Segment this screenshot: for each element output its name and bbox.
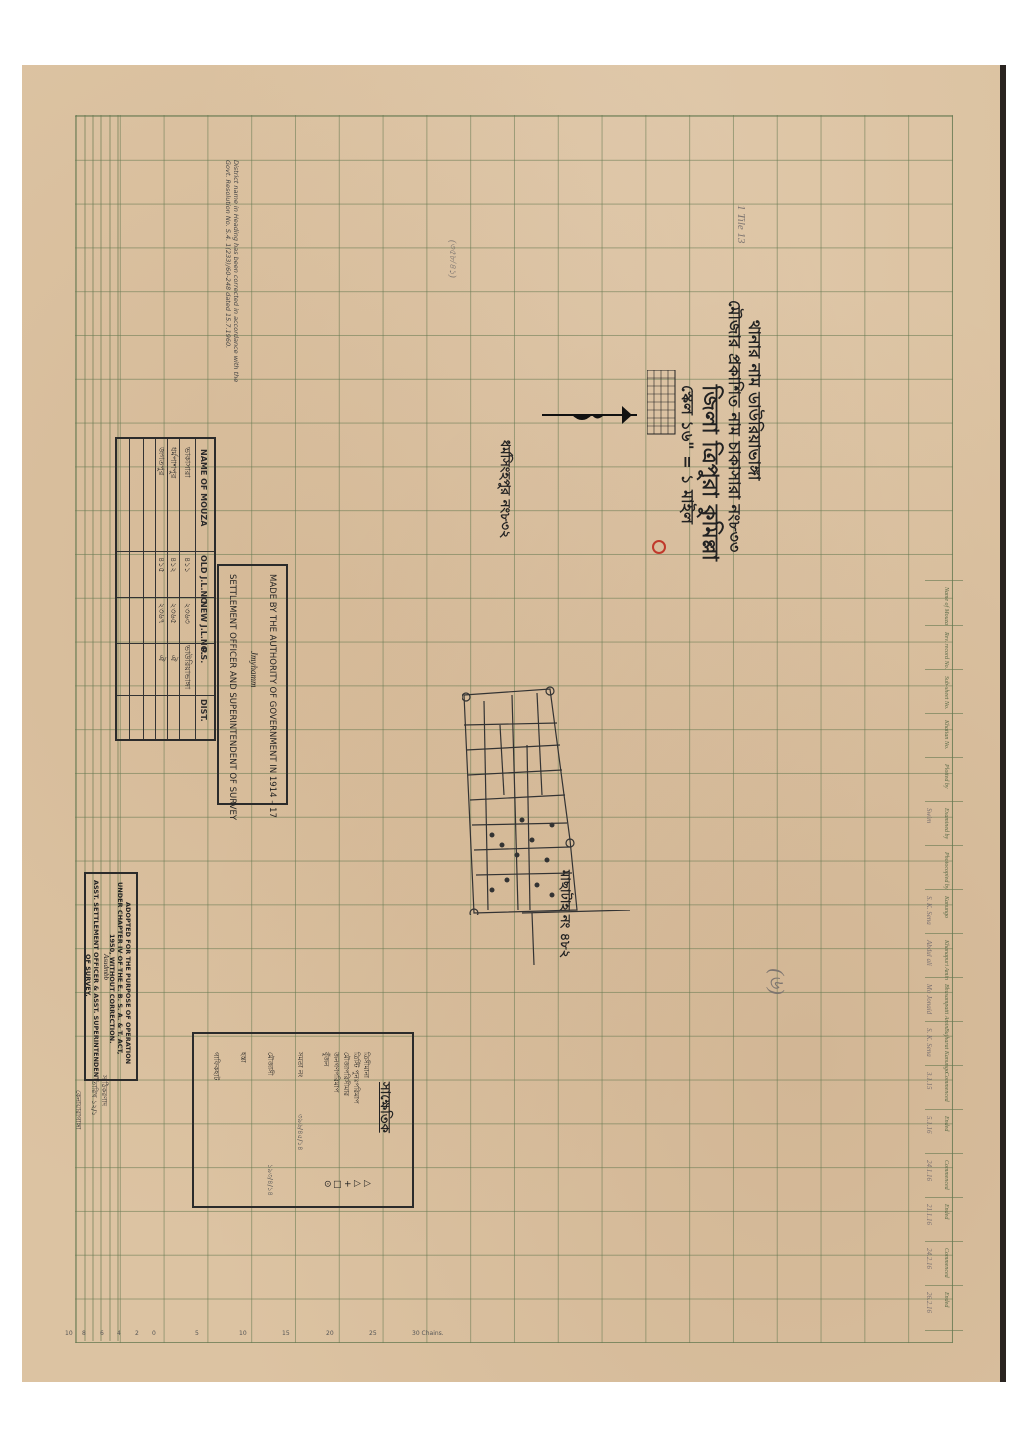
cadastral-plot-map <box>462 685 592 915</box>
strip-header-survey-commenced: Commenced <box>943 1072 949 1102</box>
strip-header-name-of-mouza: Name of Mouza <box>943 587 949 625</box>
scale-tick: 15 <box>282 1330 290 1337</box>
strip-header-examined-by: Examined by <box>943 808 949 839</box>
strip-header-bujharat-commenced: Commenced <box>943 1248 949 1278</box>
row1-ps: ভাউরিয়াভাঙ্গা <box>180 645 193 689</box>
strip-value-kanungo: S. K. Sena <box>925 896 933 925</box>
legend-box: সাক্ষেতিক ত্রিসীমানা △ ত্রিস্টি পুনঃপরিম… <box>192 1032 414 1208</box>
row3-name: জগতপুর <box>154 447 167 475</box>
adoption-line4: ASST. SETTLEMENT OFFICER & ASST. SUPERIN… <box>92 880 100 1082</box>
scale-tick: 6 <box>100 1330 104 1337</box>
strip-header-khanapuri-amin: Khanapuri Amin <box>943 940 949 980</box>
strip-value-bujharat-commenced: 24.2.16 <box>925 1248 933 1269</box>
adoption-line3: 1950, WITHOUT CORRECTION. <box>108 934 116 1044</box>
red-correction-mark <box>652 540 666 554</box>
mouza-reference-table: NAME OF MOUZA OLD J.L.NO. NEW J.L.NO. P.… <box>115 437 216 741</box>
adoption-line1: ADOPTED FOR THE PURPOSE OF OPERATION <box>124 902 132 1064</box>
pencil-note-ref: (৩৫৮/৪১) <box>445 240 460 278</box>
strip-value-bhusampatti-amin: Mo Jonaid <box>925 984 933 1014</box>
strip-header-khanapuri-ended: Ended <box>943 1204 949 1219</box>
scale-tick: 25 <box>369 1330 377 1337</box>
district-note-line2: Govt. Resolution No. S.4. 1(233)/60-248 … <box>224 160 232 348</box>
scale-tick: 10 <box>65 1330 73 1337</box>
strip-header-plotted-by: Plotted by <box>943 764 949 789</box>
strip-value-examined-by: Swim <box>925 808 933 823</box>
authority-stamp-box: MADE BY THE AUTHORITY OF GOVERNMENT IN 1… <box>217 564 288 805</box>
triangle-icon: △ <box>352 1180 362 1187</box>
strip-header-rev-record: Rev. record No. <box>943 632 949 669</box>
header-old-jl: OLD J.L.NO. <box>199 555 208 607</box>
legend-title: সাক্ষেতিক <box>373 1082 394 1133</box>
scale-tick: 2 <box>135 1330 139 1337</box>
asst-settlement-signature: Asudmbb <box>102 954 110 980</box>
row1-new: ২৩৬৩ <box>180 603 193 624</box>
legend-field-4-label: গাফিকহাট <box>210 1052 222 1080</box>
scale-tick: 4 <box>117 1330 121 1337</box>
row3-new: ২৩৬৭ <box>154 603 167 624</box>
strip-header-sub-sheet: Sub-sheet No. <box>943 676 949 709</box>
row1-old: ৪১১ <box>180 557 193 573</box>
legend-field-2-value: ১৯৩/৪/১৪ <box>264 1164 276 1196</box>
row1-name: ভাকাসারা <box>180 447 193 478</box>
sheet-torn-edge <box>1000 65 1006 1382</box>
survey-register-strip: Name of Mouza Rev. record No. Sub-sheet … <box>925 580 965 1380</box>
legend-field-1-value: ৩৯৬/৪৫/১৪ <box>294 1114 306 1151</box>
scale-tick: 5 <box>195 1330 199 1337</box>
strip-header-survey-ended: Ended <box>943 1116 949 1131</box>
square-icon: □ <box>332 1180 342 1189</box>
adoption-stamp-box: ADOPTED FOR THE PURPOSE OF OPERATION UND… <box>84 872 138 1081</box>
strip-value-survey-ended: 5.1.16 <box>925 1116 933 1134</box>
row3-old: ৪১৫ <box>154 557 167 573</box>
row2-new: ২৩৬৫ <box>166 603 179 624</box>
handwritten-note-2: তারিখ ১২/১ <box>88 1080 100 1116</box>
authority-line2: SETTLEMENT OFFICER AND SUPERINTENDENT OF… <box>227 574 237 820</box>
header-ps: P.S. <box>199 647 208 663</box>
handwritten-note-3: কেনায়ারাগাঙ্গা <box>72 1090 84 1129</box>
row2-old: ৪১২ <box>166 557 179 573</box>
scale-tick: 10 <box>239 1330 247 1337</box>
adjacent-mouza-north: ধর্মসিংহপুর নং৮৩২ <box>493 440 514 538</box>
legend-field-3-label: হস্তা <box>237 1052 249 1063</box>
north-arrow-icon <box>542 400 642 425</box>
strip-value-bujharat-ended: 26.2.16 <box>925 1292 933 1313</box>
triangle-icon: △ <box>362 1180 372 1187</box>
scale-tick: 30 Chains. <box>412 1330 444 1337</box>
strip-header-photocopied-by: Photocopied by <box>943 852 949 890</box>
header-name-of-mouza: NAME OF MOUZA <box>199 449 208 526</box>
pencil-note-6: (৬) <box>759 968 792 994</box>
legend-field-1-label: সমতা নং <box>294 1052 306 1077</box>
strip-header-khanapuri-commenced: Commenced <box>943 1160 949 1190</box>
scale-tick: 8 <box>82 1330 86 1337</box>
strip-value-khanapuri-commenced: 24.1.16 <box>925 1160 933 1181</box>
strip-header-khatian: Khatian No. <box>943 720 949 749</box>
circle-dot-icon: ⊙ <box>322 1180 332 1188</box>
legend-field-2-label: মৌজাসী <box>264 1052 276 1076</box>
row3-ps: ঐ <box>154 655 167 661</box>
adoption-line2: UNDER CHAPTER IV OF THE E. B. S. A. & T.… <box>116 882 124 1055</box>
strip-header-kanungo: Kanungo <box>943 896 949 918</box>
scale-tick: 0 <box>152 1330 156 1337</box>
legend-symbol-5: বুঁজন <box>320 1052 332 1066</box>
strip-value-survey-commenced: 3.1.15 <box>925 1072 933 1090</box>
scale-tick: 20 <box>326 1330 334 1337</box>
strip-header-bujharat-ended: Ended <box>943 1292 949 1307</box>
settlement-officer-signature: Jmyhamm <box>249 651 259 688</box>
map-scale-label: স্কেল ১৬" = ১ মাইল <box>673 385 700 524</box>
strip-value-bujharat-kanungo: S. K. Sena <box>925 1028 933 1057</box>
adoption-line5: OF SURVEY. <box>84 954 92 997</box>
row2-name: ধর্মপাশপুর <box>166 447 179 478</box>
plus-icon: + <box>342 1180 352 1188</box>
title-scale-diagram <box>647 370 677 435</box>
row2-ps: ঐ <box>166 655 179 661</box>
header-dist: DIST. <box>199 699 208 722</box>
strip-value-khanapuri-amin: Abdul ali <box>925 940 933 966</box>
map-sheet: থানার নাম ডাউরিয়াভাঙ্গা মৌজার প্রকাশিত … <box>22 65 1000 1382</box>
pencil-note-tile: 1 Tile 13 <box>735 205 747 244</box>
district-note-line1: District name in Heading has been correc… <box>232 160 240 382</box>
diagonal-scale-left <box>75 115 120 1341</box>
road-lines <box>522 910 632 970</box>
strip-value-khanapuri-ended: 21.1.16 <box>925 1204 933 1225</box>
authority-line1: MADE BY THE AUTHORITY OF GOVERNMENT IN 1… <box>267 574 277 818</box>
